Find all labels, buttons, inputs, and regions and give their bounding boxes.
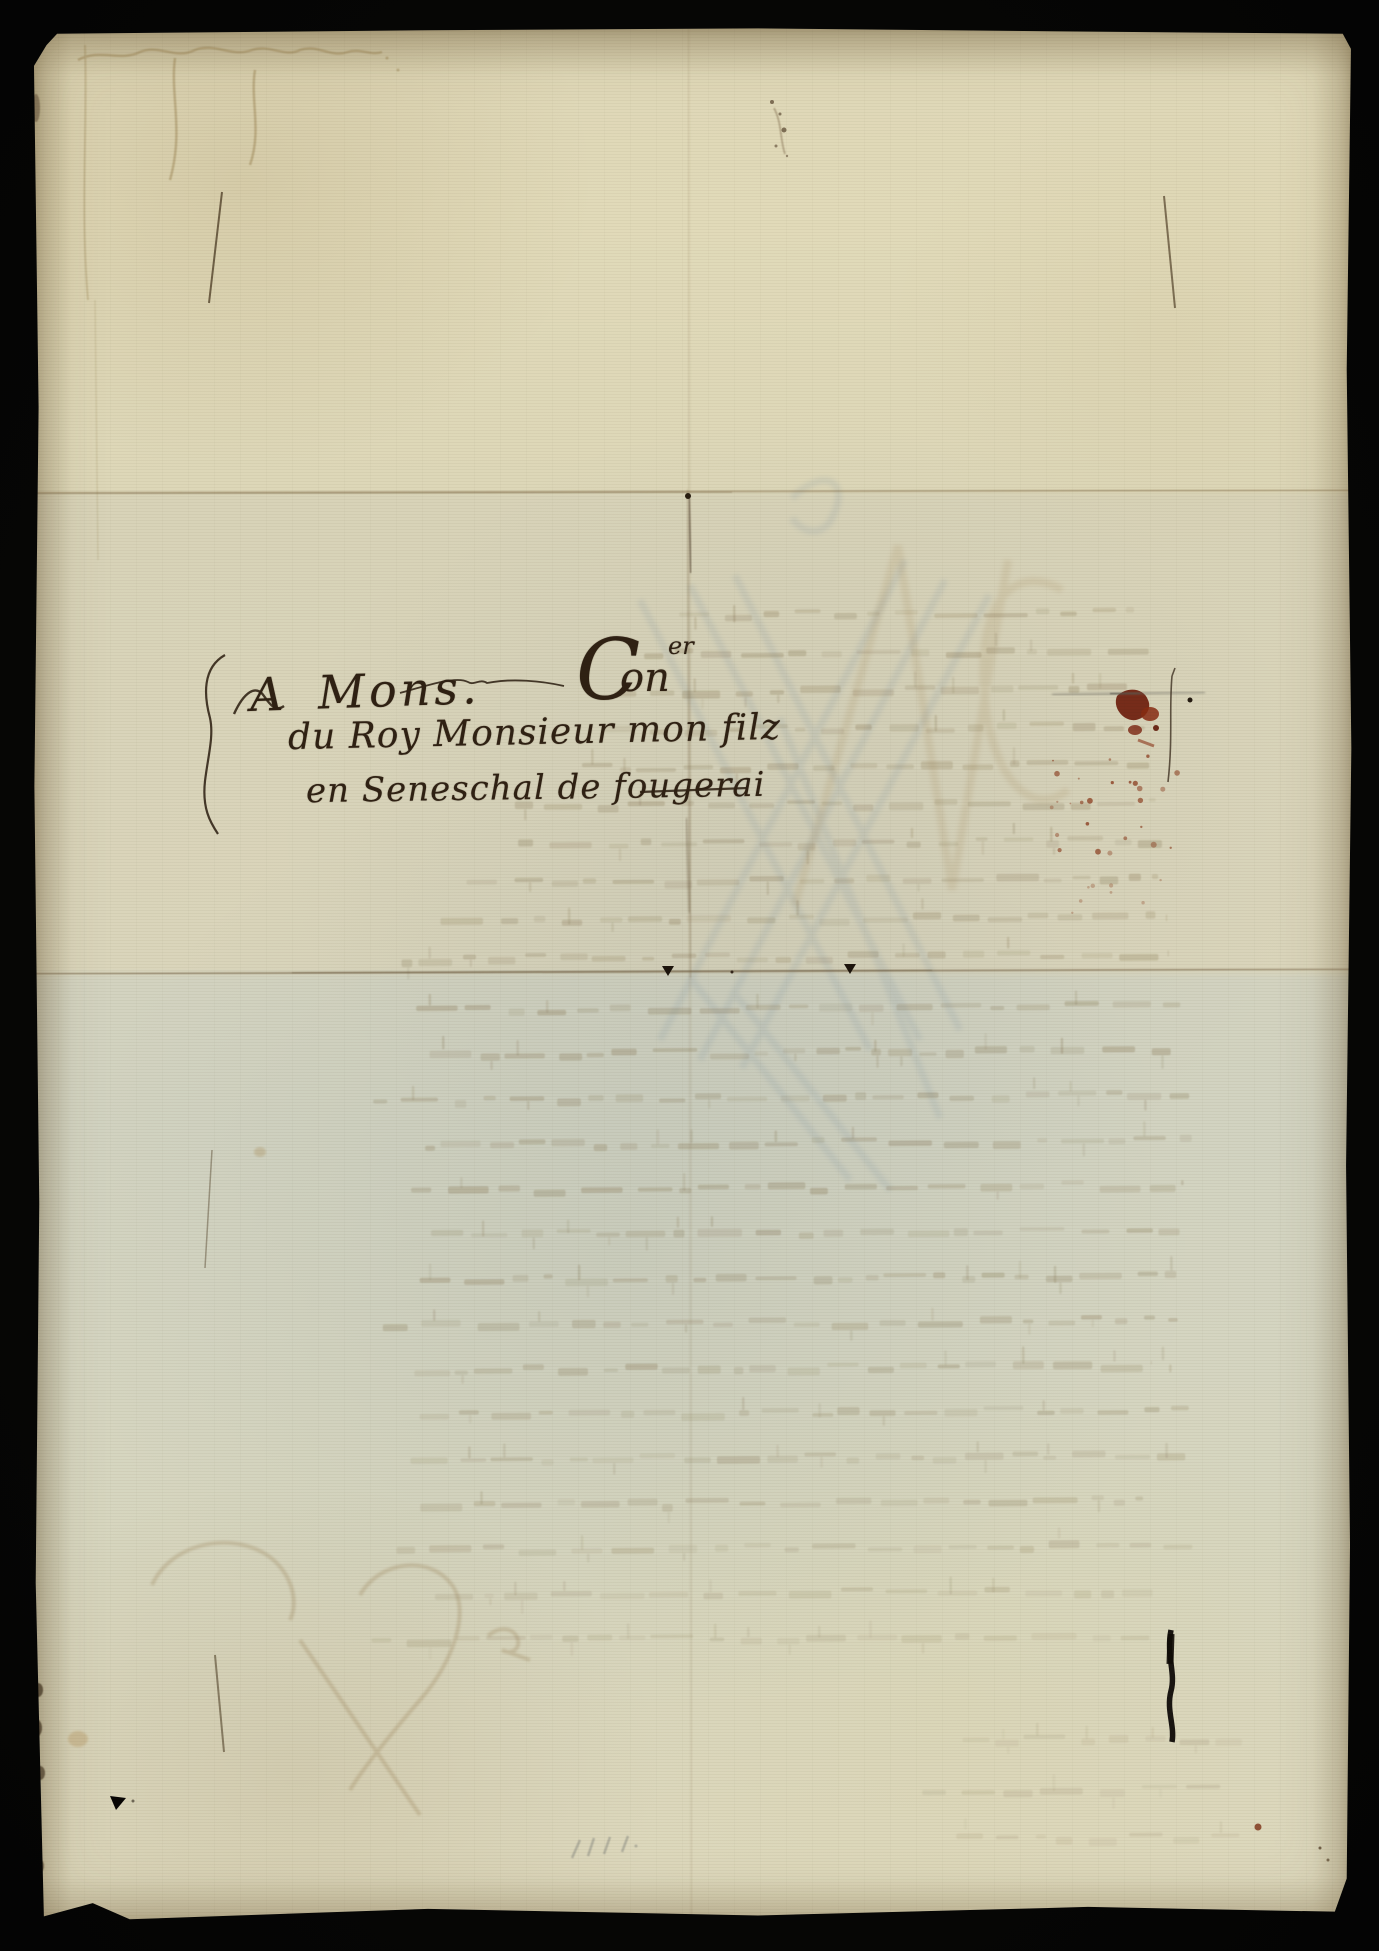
paper-sheet: A Mons. C on er du Roy Monsieur mon filz… [32,28,1352,1924]
pencil-mark [572,1836,638,1858]
faded-inscription [78,45,400,560]
fold-creases [32,28,1352,1924]
wax-speckles [1050,755,1180,915]
conseiller-abbreviation: C on er [576,628,726,718]
scan-background: A Mons. C on er du Roy Monsieur mon filz… [0,0,1379,1951]
abbrev-rest: on [620,658,670,698]
bottom-left-flourish-ghost [152,1543,530,1815]
paper-decorations [32,28,1352,1924]
address-line-3: en Seneschal de fougerai [306,765,766,811]
address-line-1: A Mons. [249,660,481,722]
abbrev-superscript: er [668,634,694,658]
address-bracket [204,655,225,834]
ink-slash-mark [1169,1630,1172,1742]
